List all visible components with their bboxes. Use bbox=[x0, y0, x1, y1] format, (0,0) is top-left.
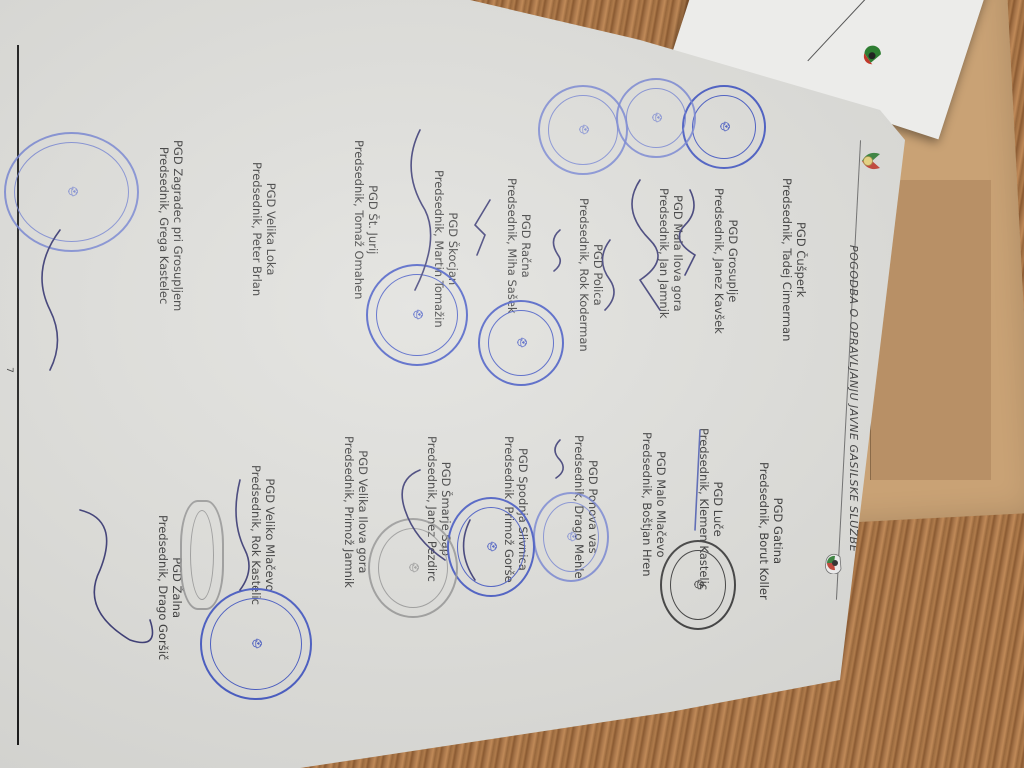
society-name: PGD Velika Loka bbox=[264, 162, 278, 296]
society-name: PGD Čušperk bbox=[794, 178, 808, 341]
veliko-mlacevo-stamp: ⛑ bbox=[200, 588, 312, 700]
signatory-st-jurij: PGD Št. Jurij Predsednik, Tomaž Omahen bbox=[352, 140, 380, 299]
signature-veliko-mlacevo bbox=[236, 480, 249, 590]
society-name: PGD Polica bbox=[591, 198, 605, 352]
signature-racna bbox=[475, 200, 490, 255]
signatory-smarje-sap: PGD Šmarje Sap Predsednik, Janez Pezdirc bbox=[425, 436, 453, 582]
signatory-gatina: PGD Gatina Predsednik, Borut Koller bbox=[757, 462, 785, 600]
signatory-racna: PGD Račna Predsednik, Miha Sašek bbox=[505, 178, 533, 314]
society-name: PGD Spodnja Slivnica bbox=[516, 436, 530, 583]
polica-stamp: ⛑ bbox=[538, 85, 628, 175]
signatory-mala-ilova-gora: PGD Mala Ilova gora Predsednik, Jan Jamn… bbox=[657, 188, 685, 319]
grosuplje-stamp: ⛑ bbox=[682, 85, 766, 169]
signatory-velika-ilova-gora: PGD Velika Ilova gora Predsednik, Primož… bbox=[342, 436, 370, 588]
municipality-logo-icon bbox=[823, 552, 845, 574]
stamp-emblem-icon: ⛑ bbox=[251, 638, 261, 650]
society-name: PGD Mala Ilova gora bbox=[671, 188, 685, 319]
society-name: PGD Ponova vas bbox=[586, 435, 600, 579]
signature-ponova-vas bbox=[555, 440, 563, 478]
signatory-polica: PGD Polica Predsednik, Rok Koderman bbox=[577, 198, 605, 352]
spodnja-slivnica-stamp: ⛑ bbox=[447, 497, 535, 597]
signature-zalna bbox=[80, 510, 153, 643]
signatures-layer bbox=[0, 0, 1024, 768]
header-rule bbox=[836, 140, 861, 599]
society-name: PGD Škocjan bbox=[446, 170, 460, 328]
signature-zagradec bbox=[42, 230, 60, 370]
signature-polica-2 bbox=[553, 230, 560, 271]
zagradec-stamp: ⛑ bbox=[4, 132, 139, 252]
president-name: Predsednik, Primož Jamnik bbox=[342, 436, 356, 588]
signatory-spodnja-slivnica: PGD Spodnja Slivnica Predsednik, Primož … bbox=[502, 436, 530, 583]
header-rule bbox=[807, 0, 869, 61]
signature-spodnja-slivnica bbox=[464, 520, 475, 580]
signatory-veliko-mlacevo: PGD Veliko Mlačevo Predsednik, Rok Kaste… bbox=[249, 465, 277, 605]
faint-stamp bbox=[180, 500, 224, 610]
stamp-emblem-icon: ⛑ bbox=[578, 124, 588, 136]
signature-mala-ilova-gora bbox=[632, 180, 660, 310]
gasilska-zveza-logo-icon bbox=[858, 148, 884, 174]
racna-stamp: ⛑ bbox=[478, 300, 564, 386]
signature-skocjan bbox=[411, 130, 431, 290]
stamp-emblem-icon: ⛑ bbox=[412, 309, 422, 321]
page-number: 7 bbox=[4, 367, 14, 373]
signature-luce bbox=[695, 430, 700, 530]
president-name: Predsednik, Grega Kastelec bbox=[157, 140, 171, 311]
luce-stamp: ⛑ bbox=[660, 540, 736, 630]
society-name: PGD Šmarje Sap bbox=[439, 436, 453, 582]
mala-ilova-gora-stamp: ⛑ bbox=[616, 78, 696, 158]
president-name: Predsednik, Primož Gorše bbox=[502, 436, 516, 583]
signatory-grosuplje: PGD Grosuplje Predsednik, Janez Kavšek bbox=[712, 188, 740, 334]
signature-polica bbox=[603, 240, 615, 310]
signatory-luce: PGD Luče Predsednik, Klemen Kastelic bbox=[697, 428, 725, 590]
president-name: Predsednik, Martin Tomažin bbox=[432, 170, 446, 328]
signature-grosuplje bbox=[679, 190, 695, 275]
president-name: Predsednik, Rok Koderman bbox=[577, 198, 591, 352]
signatory-malo-mlacevo: PGD Malo Mlačevo Predsednik, Boštjan Hre… bbox=[640, 432, 668, 577]
society-name: PGD Luče bbox=[711, 428, 725, 590]
society-name: PGD Velika Ilova gora bbox=[356, 436, 370, 588]
stamp-emblem-icon: ⛑ bbox=[408, 562, 418, 574]
signatory-zalna: PGD Žalna Predsednik, Drago Goršič bbox=[156, 515, 184, 660]
society-name: PGD Malo Mlačevo bbox=[654, 432, 668, 577]
agreement-page: POGODBA O OPRAVLJANJU JAVNE GASILSKE SLU… bbox=[0, 0, 1024, 768]
skocjan-stamp: ⛑ bbox=[366, 264, 468, 366]
president-name: Predsednik, Rok Kastelic bbox=[249, 465, 263, 605]
stamp-emblem-icon: ⛑ bbox=[486, 541, 496, 553]
left-margin-rule bbox=[17, 45, 19, 745]
stamp-emblem-icon: ⛑ bbox=[693, 579, 703, 591]
ponova-vas-stamp: ⛑ bbox=[533, 492, 609, 582]
gasilska-zveza-logo-icon bbox=[858, 42, 886, 70]
society-name: PGD Račna bbox=[519, 178, 533, 314]
society-name: PGD Veliko Mlačevo bbox=[263, 465, 277, 605]
signatory-ponova-vas: PGD Ponova vas Predsednik, Drago Mehle bbox=[572, 435, 600, 579]
society-name: PGD Št. Jurij bbox=[366, 140, 380, 299]
signatory-cusperk: PGD Čušperk Predsednik, Tadej Cimerman bbox=[780, 178, 808, 341]
society-name: PGD Zagradec pri Grosupljem bbox=[171, 140, 185, 311]
president-name: Predsednik, Janez Pezdirc bbox=[425, 436, 439, 582]
society-name: PGD Žalna bbox=[170, 515, 184, 660]
president-name: Predsednik, Miha Sašek bbox=[505, 178, 519, 314]
signatory-skocjan: PGD Škocjan Predsednik, Martin Tomažin bbox=[432, 170, 460, 328]
stamp-emblem-icon: ⛑ bbox=[566, 531, 576, 543]
signatory-zagradec: PGD Zagradec pri Grosupljem Predsednik, … bbox=[157, 140, 185, 311]
document-title: POGODBA O OPRAVLJANJU JAVNE GASILSKE SLU… bbox=[847, 245, 860, 552]
stamp-emblem-icon: ⛑ bbox=[651, 112, 661, 124]
president-name: Predsednik, Borut Koller bbox=[757, 462, 771, 600]
president-name: Predsednik, Tadej Cimerman bbox=[780, 178, 794, 341]
signature-smarje-sap bbox=[402, 470, 445, 560]
president-name: Predsednik, Peter Brlan bbox=[250, 162, 264, 296]
president-name: Predsednik, Tomaž Omahen bbox=[352, 140, 366, 299]
president-name: Predsednik, Jan Jamnik bbox=[657, 188, 671, 319]
society-name: PGD Gatina bbox=[771, 462, 785, 600]
president-name: Predsednik, Janez Kavšek bbox=[712, 188, 726, 334]
stamp-emblem-icon: ⛑ bbox=[67, 186, 77, 198]
signatory-velika-loka: PGD Velika Loka Predsednik, Peter Brlan bbox=[250, 162, 278, 296]
stamp-emblem-icon: ⛑ bbox=[719, 121, 729, 133]
president-name: Predsednik, Drago Mehle bbox=[572, 435, 586, 579]
president-name: Predsednik, Boštjan Hren bbox=[640, 432, 654, 577]
society-name: PGD Grosuplje bbox=[726, 188, 740, 334]
stamp-emblem-icon: ⛑ bbox=[516, 337, 526, 349]
president-name: Predsednik, Drago Goršič bbox=[156, 515, 170, 660]
smarje-sap-stamp: ⛑ bbox=[368, 518, 458, 618]
president-name: Predsednik, Klemen Kastelic bbox=[697, 428, 711, 590]
